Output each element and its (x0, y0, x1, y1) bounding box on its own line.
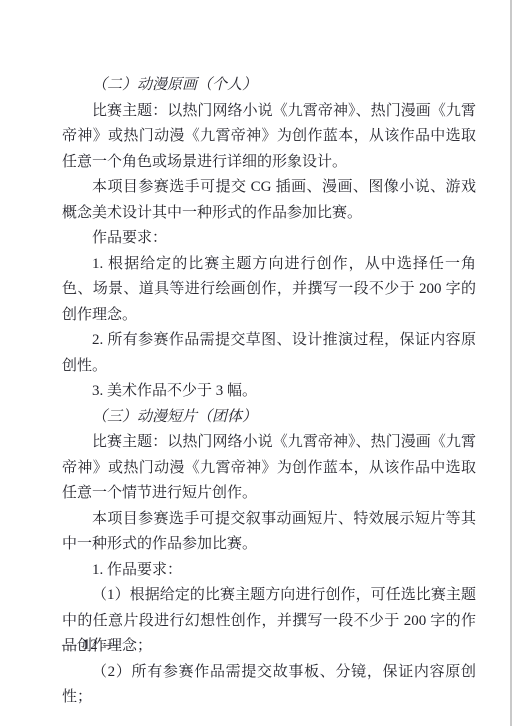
paragraph-submission-forms: 本项目参赛选手可提交 CG 插画、漫画、图像小说、游戏概念美术设计其中一种形式的… (62, 175, 476, 226)
section-anime-original-art: （二）动漫原画（个人） 比赛主题：以热门网络小说《九霄帝神》、热门漫画《九霄帝神… (62, 73, 476, 405)
paragraph-requirement-3: 3. 美术作品不少于 3 幅。 (62, 379, 476, 405)
document-page: （二）动漫原画（个人） 比赛主题：以热门网络小说《九霄帝神》、热门漫画《九霄帝神… (0, 0, 516, 726)
paragraph-requirement-1: （1）根据给定的比赛主题方向进行创作，可任选比赛主题中的任意片段进行幻想性创作，… (62, 583, 476, 660)
scan-page-right-edge (510, 0, 512, 726)
paragraph-requirement-1: 1. 根据给定的比赛主题方向进行创作，从中选择任一角色、场景、道具等进行绘画创作… (62, 252, 476, 329)
paragraph-contest-theme: 比赛主题：以热门网络小说《九霄帝神》、热门漫画《九霄帝神》或热门动漫《九霄帝神》… (62, 430, 476, 507)
paragraph-requirement-2: （2）所有参赛作品需提交故事板、分镜，保证内容原创性； (62, 660, 476, 711)
paragraph-requirement-2: 2. 所有参赛作品需提交草图、设计推演过程，保证内容原创性。 (62, 328, 476, 379)
paragraph-work-requirements-label: 1. 作品要求： (62, 558, 476, 584)
section-anime-short-film: （三）动漫短片（团体） 比赛主题：以热门网络小说《九霄帝神》、热门漫画《九霄帝神… (62, 405, 476, 711)
section-heading: （二）动漫原画（个人） (62, 73, 476, 99)
document-body: （二）动漫原画（个人） 比赛主题：以热门网络小说《九霄帝神》、热门漫画《九霄帝神… (62, 73, 476, 711)
paragraph-submission-forms: 本项目参赛选手可提交叙事动画短片、特效展示短片等其中一种形式的作品参加比赛。 (62, 507, 476, 558)
paragraph-contest-theme: 比赛主题：以热门网络小说《九霄帝神》、热门漫画《九霄帝神》或热门动漫《九霄帝神》… (62, 99, 476, 176)
section-heading: （三）动漫短片（团体） (62, 405, 476, 431)
page-number: — 12 — (62, 635, 119, 655)
paragraph-work-requirements-label: 作品要求： (62, 226, 476, 252)
